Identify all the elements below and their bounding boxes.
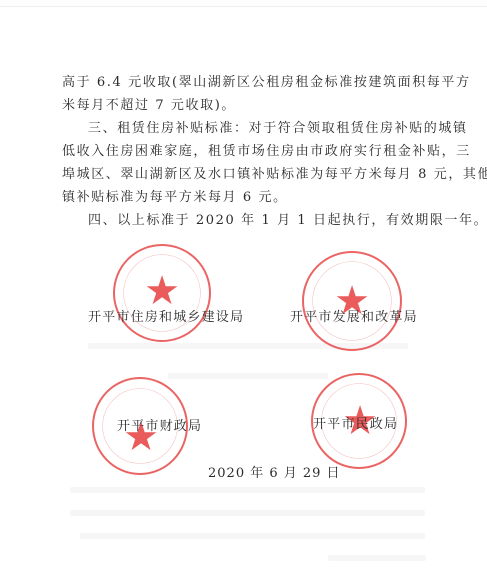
paragraph-line: 埠城区、翠山湖新区及水口镇补贴标准为每平方米每月 8 元，其他 bbox=[62, 167, 428, 183]
paragraph-line: 镇补贴标准为每平方米每月 6 元。 bbox=[62, 190, 428, 206]
paragraph-line: 四、以上标准于 2020 年 1 月 1 日起执行，有效期限一年。 bbox=[88, 213, 428, 229]
bleed-through-line bbox=[70, 487, 425, 493]
paragraph-line: 三、租赁住房补贴标准：对于符合领取租赁住房补贴的城镇 bbox=[88, 121, 428, 137]
seal-star-icon: ★ bbox=[144, 271, 180, 311]
paragraph-line: 米每月不超过 7 元收取)。 bbox=[62, 98, 428, 114]
signatory-finance-bureau: 开平市财政局 bbox=[117, 419, 202, 435]
paragraph-line: 高于 6.4 元收取(翠山湖新区公租房租金标准按建筑面积每平方 bbox=[62, 75, 428, 91]
signatory-civil-affairs-bureau: 开平市民政局 bbox=[313, 417, 398, 433]
document-page: 高于 6.4 元收取(翠山湖新区公租房租金标准按建筑面积每平方 米每月不超过 7… bbox=[0, 6, 487, 571]
bleed-through-line bbox=[168, 373, 328, 379]
signatory-housing-bureau: 开平市住房和城乡建设局 bbox=[88, 310, 244, 326]
bleed-through-line bbox=[70, 510, 425, 516]
paragraph-line: 低收入住房困难家庭，租赁市场住房由市政府实行租金补贴，三 bbox=[62, 144, 428, 160]
bleed-through-line bbox=[328, 555, 426, 561]
signatory-development-reform-bureau: 开平市发展和改革局 bbox=[290, 310, 418, 326]
bleed-through-line bbox=[80, 533, 425, 539]
document-date: 2020 年 6 月 29 日 bbox=[208, 462, 341, 481]
